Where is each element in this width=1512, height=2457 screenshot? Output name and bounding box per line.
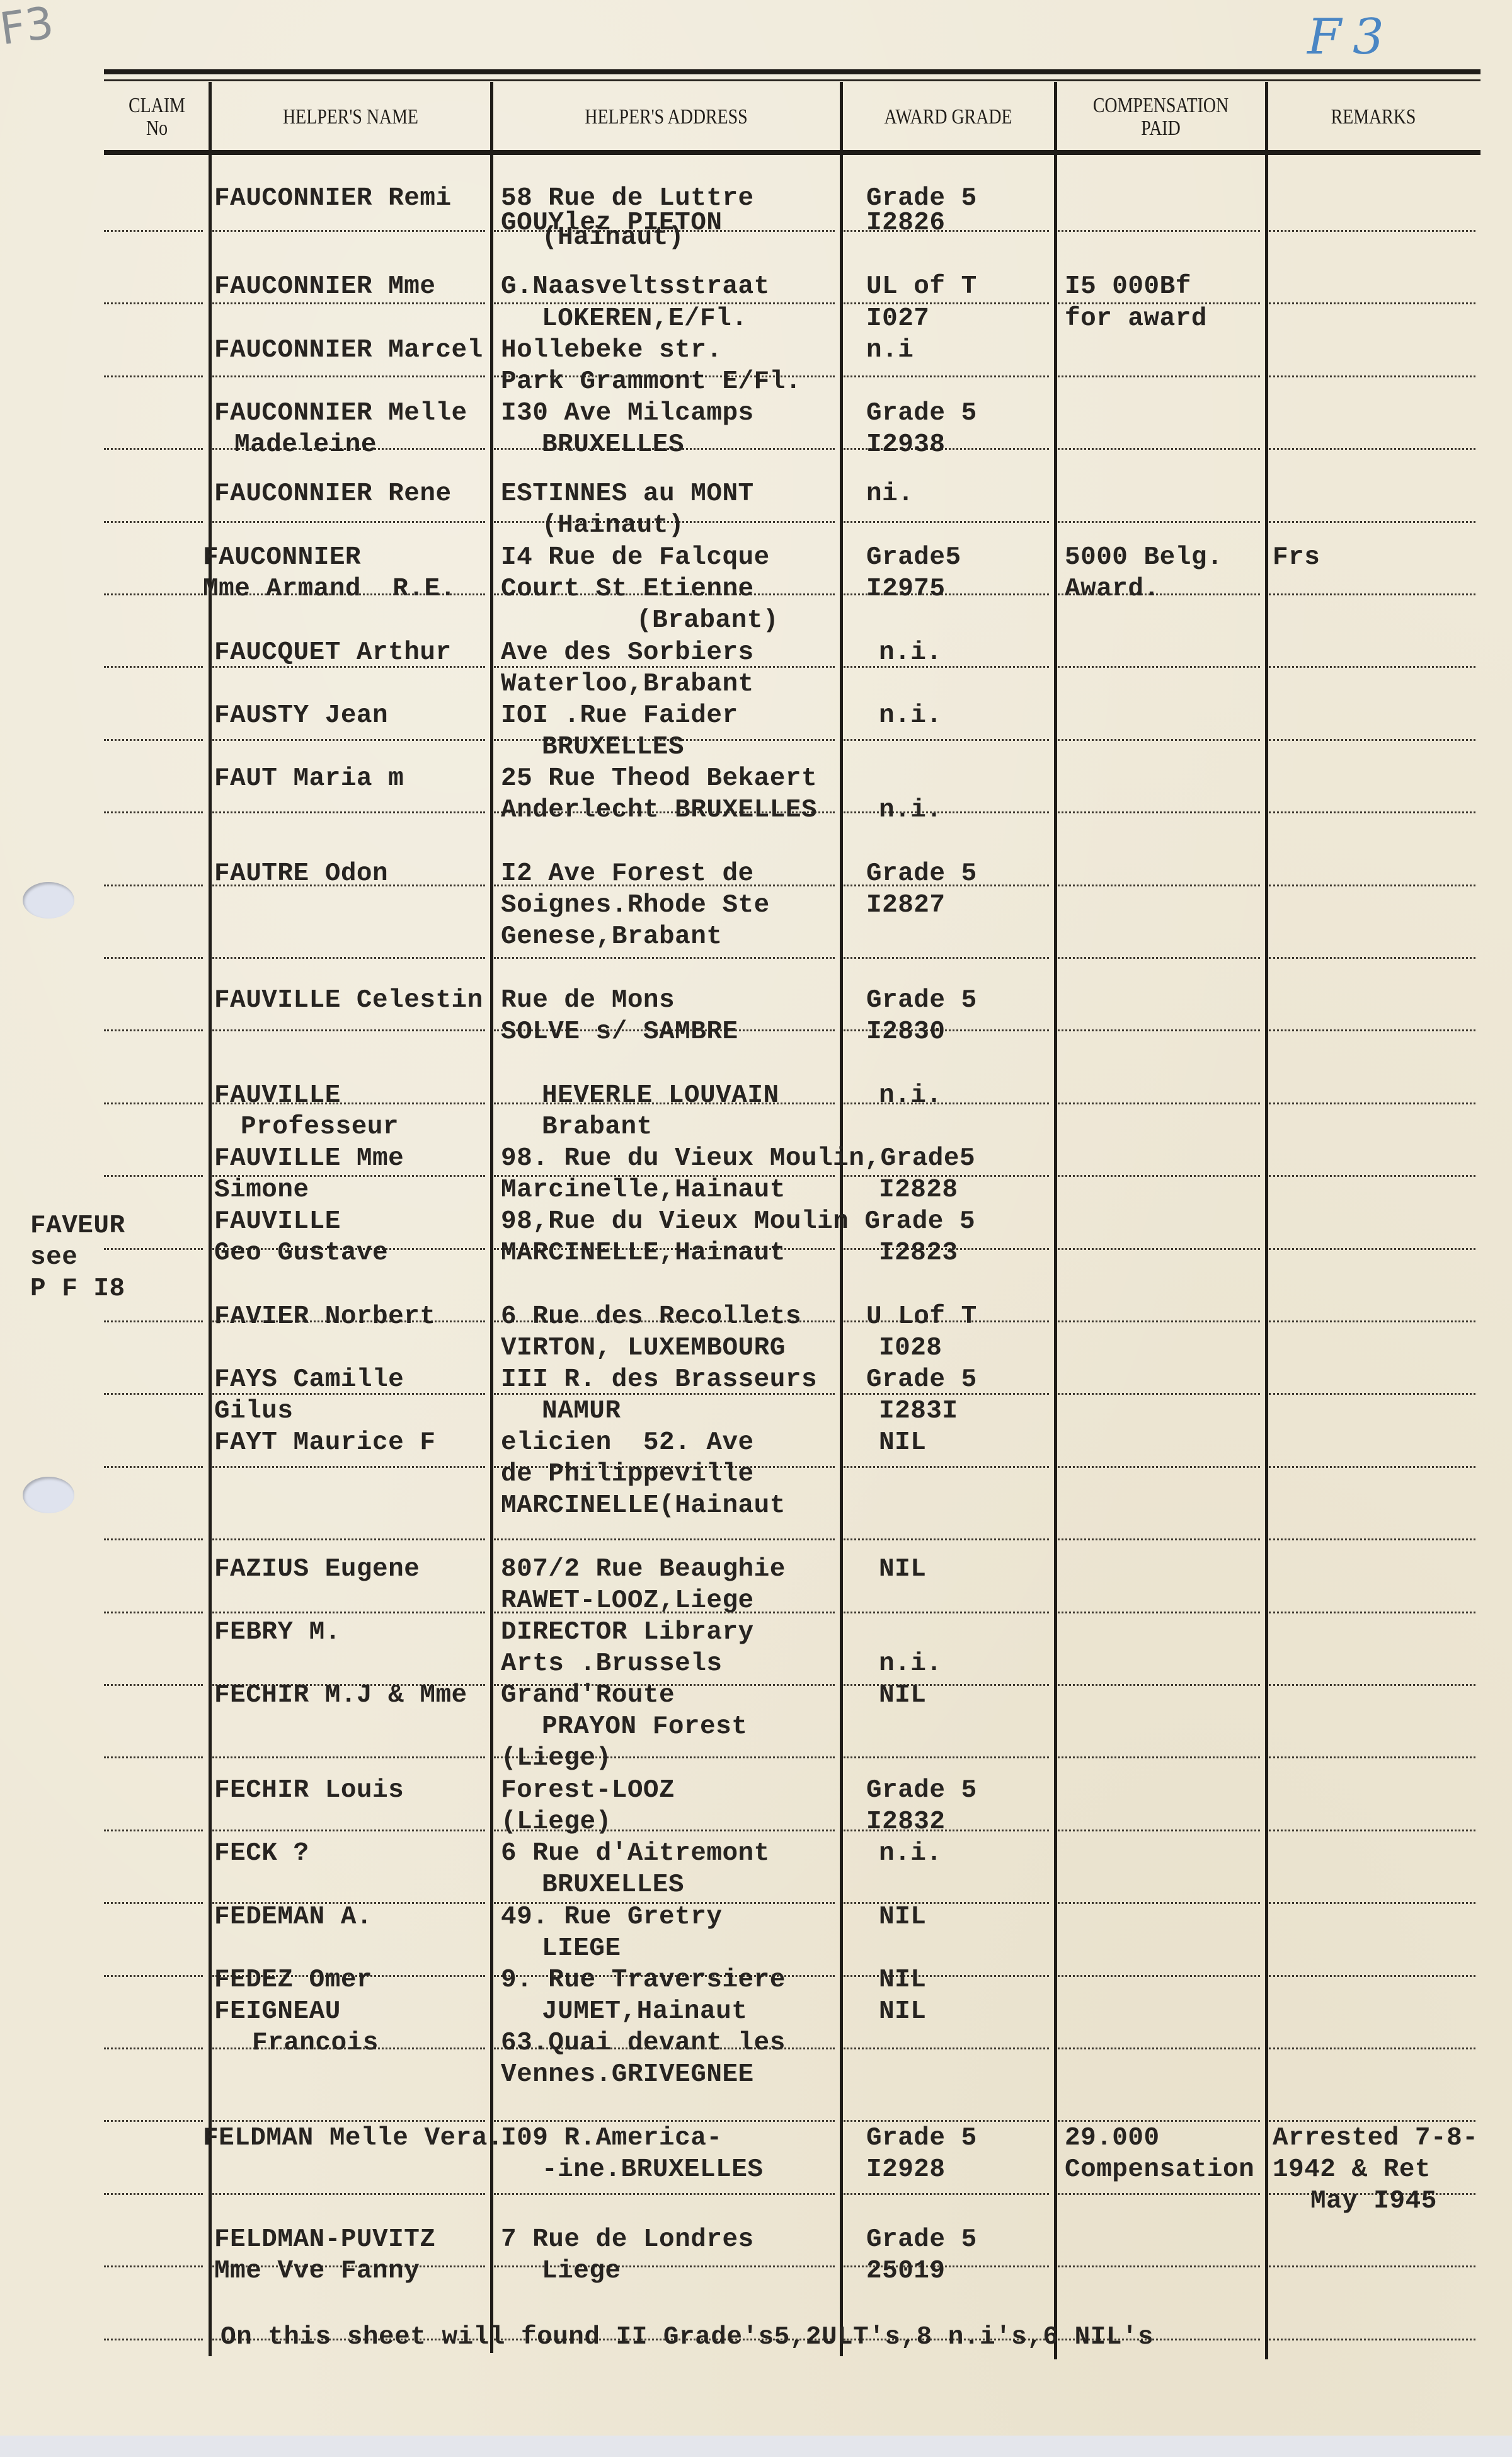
dotted-row-rule bbox=[1269, 666, 1475, 668]
dotted-row-rule bbox=[1269, 1830, 1475, 1831]
dotted-row-rule bbox=[1269, 1248, 1475, 1250]
dotted-row-rule bbox=[104, 593, 203, 595]
dotted-row-rule bbox=[1269, 1466, 1475, 1468]
cell-award: Grade 5 bbox=[866, 2226, 977, 2254]
dotted-row-rule bbox=[1058, 1902, 1260, 1904]
cell-award: n.i. bbox=[879, 702, 942, 730]
cell-address: 9. Rue Traversiere bbox=[501, 1966, 786, 1994]
cell-address: DIRECTOR Library bbox=[501, 1618, 754, 1646]
cell-name: FAZIUS Eugene bbox=[214, 1555, 420, 1583]
cell-award: I2827 bbox=[866, 891, 946, 919]
dotted-row-rule bbox=[104, 448, 203, 450]
dotted-row-rule bbox=[1058, 1466, 1260, 1468]
cell-address: Soignes.Rhode Ste bbox=[501, 891, 770, 919]
cell-award: n.i. bbox=[879, 1650, 942, 1678]
cell-address: ESTINNES au MONT bbox=[501, 480, 754, 508]
dotted-row-rule bbox=[104, 2193, 203, 2195]
cell-remarks: Frs bbox=[1273, 544, 1320, 571]
cell-address: de Philippeville bbox=[501, 1460, 754, 1488]
column-divider bbox=[1265, 82, 1268, 2359]
cell-award: NIL bbox=[879, 1681, 926, 1709]
dotted-row-rule bbox=[104, 1102, 203, 1104]
cell-comp: I5 000Bf bbox=[1065, 273, 1191, 301]
dotted-row-rule bbox=[1269, 1175, 1475, 1177]
cell-address: G.Naasveltsstraat bbox=[501, 273, 770, 301]
dotted-row-rule bbox=[104, 1756, 203, 1758]
dotted-row-rule bbox=[1269, 375, 1475, 377]
dotted-row-rule bbox=[104, 1684, 203, 1686]
cell-award: Grade 5 bbox=[866, 987, 977, 1014]
dotted-row-rule bbox=[1058, 1175, 1260, 1177]
cell-name: Madeleine bbox=[234, 431, 377, 459]
cell-address: Marcinelle,Hainaut bbox=[501, 1176, 786, 1204]
dotted-row-rule bbox=[1058, 811, 1260, 813]
dotted-row-rule bbox=[104, 1902, 203, 1904]
cell-comp: Compensation bbox=[1065, 2156, 1254, 2184]
cell-award: I2823 bbox=[879, 1239, 958, 1267]
cell-comp: 5000 Belg. bbox=[1065, 544, 1223, 571]
cell-name: Professeur bbox=[241, 1113, 399, 1141]
cell-address: Brabant bbox=[542, 1113, 653, 1141]
cell-award: I2828 bbox=[879, 1176, 958, 1204]
cell-address: 49. Rue Gretry bbox=[501, 1903, 722, 1931]
cell-address: SOLVE s/ SAMBRE bbox=[501, 1018, 738, 1046]
dotted-row-rule bbox=[844, 375, 1049, 377]
cell-address: Waterloo,Brabant bbox=[501, 670, 754, 698]
cell-name: FEBRY M. bbox=[214, 1618, 341, 1646]
dotted-row-rule bbox=[844, 521, 1049, 523]
cell-address: MARCINELLE,Hainaut bbox=[501, 1239, 786, 1267]
cell-address: Hollebeke str. bbox=[501, 336, 722, 364]
dotted-row-rule bbox=[1269, 1029, 1475, 1031]
cell-address: RAWET-LOOZ,Liege bbox=[501, 1587, 754, 1615]
cell-address: VIRTON, LUXEMBOURG bbox=[501, 1334, 786, 1362]
cell-name: FAUVILLE bbox=[214, 1208, 341, 1235]
top-thin-rule bbox=[104, 79, 1480, 81]
dotted-row-rule bbox=[212, 1466, 485, 1468]
cell-address: I4 Rue de Falcque bbox=[501, 544, 770, 571]
dotted-row-rule bbox=[494, 2193, 835, 2195]
pencil-corner-mark: F3 bbox=[0, 0, 57, 55]
summary-line: On this sheet will found II Grade's5,2UL… bbox=[220, 2323, 1154, 2351]
cell-award: I028 bbox=[879, 1334, 942, 1362]
cell-address: (Liege) bbox=[501, 1744, 612, 1772]
dotted-row-rule bbox=[104, 1320, 203, 1322]
dotted-row-rule bbox=[1058, 1538, 1260, 1540]
dotted-row-rule bbox=[212, 739, 485, 741]
dotted-row-rule bbox=[104, 666, 203, 668]
dotted-row-rule bbox=[1058, 1393, 1260, 1395]
cell-address: BRUXELLES bbox=[542, 733, 684, 761]
cell-award: I2832 bbox=[866, 1808, 946, 1836]
dotted-row-rule bbox=[104, 1538, 203, 1540]
dotted-row-rule bbox=[494, 1538, 835, 1540]
cell-name: FAUCQUET Arthur bbox=[214, 639, 452, 667]
dotted-row-rule bbox=[844, 1756, 1049, 1758]
dotted-row-rule bbox=[104, 2339, 203, 2340]
cell-name: FECK ? bbox=[214, 1840, 309, 1867]
dotted-row-rule bbox=[844, 2120, 1049, 2122]
cell-address: 63.Quai devant les bbox=[501, 2029, 786, 2057]
dotted-row-rule bbox=[1058, 230, 1260, 232]
dotted-row-rule bbox=[844, 739, 1049, 741]
cell-address: Liege bbox=[542, 2257, 621, 2285]
cell-address: Grand'Route bbox=[501, 1681, 675, 1709]
cell-award: I2826 bbox=[866, 209, 946, 237]
cell-address: Park Grammont E/Fl. bbox=[501, 368, 801, 396]
cell-name: Simone bbox=[214, 1176, 309, 1204]
column-divider bbox=[209, 82, 212, 2356]
dotted-row-rule bbox=[1058, 957, 1260, 959]
cell-award: I283I bbox=[879, 1397, 958, 1425]
dotted-row-rule bbox=[104, 2047, 203, 2049]
dotted-row-rule bbox=[104, 957, 203, 959]
dotted-row-rule bbox=[212, 521, 485, 523]
dotted-row-rule bbox=[1058, 1756, 1260, 1758]
cell-name: FAUTRE Odon bbox=[214, 860, 388, 888]
dotted-row-rule bbox=[844, 1975, 1049, 1977]
dotted-row-rule bbox=[212, 230, 485, 232]
cell-address: I30 Ave Milcamps bbox=[501, 399, 754, 427]
dotted-row-rule bbox=[104, 230, 203, 232]
dotted-row-rule bbox=[1269, 593, 1475, 595]
cell-award: NIL bbox=[879, 1966, 926, 1994]
cell-address: Anderlecht BRUXELLES bbox=[501, 796, 817, 824]
cell-remarks: Arrested 7-8- bbox=[1273, 2124, 1478, 2152]
dotted-row-rule bbox=[844, 1612, 1049, 1613]
cell-address: JUMET,Hainaut bbox=[542, 1998, 747, 2025]
cell-address: LIEGE bbox=[542, 1935, 621, 1962]
cell-name: FAUCONNIER Melle bbox=[214, 399, 467, 427]
cell-comp: 29.000 bbox=[1065, 2124, 1160, 2152]
dotted-row-rule bbox=[1269, 2339, 1475, 2340]
dotted-row-rule bbox=[212, 2193, 485, 2195]
dotted-row-rule bbox=[1058, 448, 1260, 450]
cell-address: -ine.BRUXELLES bbox=[542, 2156, 763, 2184]
cell-award: n.i. bbox=[879, 1840, 942, 1867]
dotted-row-rule bbox=[104, 1466, 203, 1468]
cell-address: NAMUR bbox=[542, 1397, 621, 1425]
dotted-row-rule bbox=[212, 1538, 485, 1540]
cell-address: I09 R.America- bbox=[501, 2124, 722, 2152]
dotted-row-rule bbox=[1269, 448, 1475, 450]
cell-name: FAUCONNIER Rene bbox=[214, 480, 452, 508]
cell-name: FAUT Maria m bbox=[214, 765, 404, 793]
cell-address: Arts .Brussels bbox=[501, 1650, 722, 1678]
cell-name: FAVIER Norbert bbox=[214, 1303, 435, 1331]
cell-award: NIL bbox=[879, 1998, 926, 2025]
header-compensation-paid: COMPENSATIONPAID bbox=[1074, 94, 1247, 140]
column-divider bbox=[490, 82, 493, 2353]
cell-comp: for award bbox=[1065, 305, 1207, 333]
dotted-row-rule bbox=[1269, 2265, 1475, 2267]
handwritten-file-reference: F3 bbox=[1307, 9, 1395, 66]
dotted-row-rule bbox=[1269, 1756, 1475, 1758]
dotted-row-rule bbox=[1058, 2120, 1260, 2122]
dotted-row-rule bbox=[1269, 1393, 1475, 1395]
cell-name: FAUVILLE bbox=[214, 1082, 341, 1109]
header-bottom-rule bbox=[104, 150, 1480, 155]
cell-award: Grade 5 bbox=[866, 1777, 977, 1804]
dotted-row-rule bbox=[1269, 739, 1475, 741]
cell-address: I2 Ave Forest de bbox=[501, 860, 754, 888]
cell-award: NIL bbox=[879, 1903, 926, 1931]
dotted-row-rule bbox=[1058, 666, 1260, 668]
cell-award: I2928 bbox=[866, 2156, 946, 2184]
header-remarks: REMARKS bbox=[1286, 106, 1462, 129]
cell-name: FEIGNEAU bbox=[214, 1998, 341, 2025]
dotted-row-rule bbox=[1058, 1248, 1260, 1250]
cell-name: FAUCONNIER Remi bbox=[214, 185, 452, 212]
claim-note-line: FAVEUR bbox=[30, 1212, 125, 1240]
dotted-row-rule bbox=[844, 1684, 1049, 1686]
dotted-row-rule bbox=[1058, 2265, 1260, 2267]
cell-address: Forest-LOOZ bbox=[501, 1777, 675, 1804]
dotted-row-rule bbox=[104, 1029, 203, 1031]
cell-award: ni. bbox=[866, 480, 913, 508]
header-claim-no: CLAIMNo bbox=[113, 94, 200, 140]
dotted-row-rule bbox=[1058, 2047, 1260, 2049]
cell-name: FAUCONNIER bbox=[203, 544, 361, 571]
dotted-row-rule bbox=[1058, 375, 1260, 377]
cell-award: n.i bbox=[866, 336, 913, 364]
dotted-row-rule bbox=[212, 1830, 485, 1831]
dotted-row-rule bbox=[104, 1393, 203, 1395]
cell-award: NIL bbox=[879, 1429, 926, 1457]
dotted-row-rule bbox=[1269, 1320, 1475, 1322]
cell-address: LOKEREN,E/Fl. bbox=[542, 305, 747, 333]
cell-name: FAUCONNIER Mme bbox=[214, 273, 435, 301]
cell-name: FEDEZ Omer bbox=[214, 1966, 372, 1994]
column-divider bbox=[1054, 82, 1057, 2359]
cell-address: 98. Rue du Vieux Moulin,Grade5 bbox=[501, 1145, 975, 1172]
cell-award: NIL bbox=[879, 1555, 926, 1583]
dotted-row-rule bbox=[1269, 1902, 1475, 1904]
cell-address: 98,Rue du Vieux Moulin Grade 5 bbox=[501, 1208, 975, 1235]
dotted-row-rule bbox=[104, 1975, 203, 1977]
top-thick-rule bbox=[104, 69, 1480, 74]
cell-award: I2938 bbox=[866, 431, 946, 459]
cell-address: Vennes.GRIVEGNEE bbox=[501, 2061, 754, 2088]
punch-hole-icon bbox=[23, 882, 74, 919]
cell-address: 7 Rue de Londres bbox=[501, 2226, 754, 2254]
header-helper-address: HELPER'S ADDRESS bbox=[523, 106, 810, 129]
cell-name: Mme Vve Fanny bbox=[214, 2257, 420, 2285]
dotted-row-rule bbox=[104, 739, 203, 741]
dotted-row-rule bbox=[844, 2047, 1049, 2049]
dotted-row-rule bbox=[844, 1102, 1049, 1104]
dotted-row-rule bbox=[1058, 1102, 1260, 1104]
dotted-row-rule bbox=[1269, 1975, 1475, 1977]
cell-name: FECHIR M.J & Mme bbox=[214, 1681, 467, 1709]
punch-hole-icon bbox=[23, 1477, 74, 1513]
cell-address: Genese,Brabant bbox=[501, 923, 722, 951]
dotted-row-rule bbox=[212, 1029, 485, 1031]
dotted-row-rule bbox=[212, 957, 485, 959]
cell-address: elicien 52. Ave bbox=[501, 1429, 754, 1457]
dotted-row-rule bbox=[1269, 957, 1475, 959]
cell-award: 25019 bbox=[866, 2257, 946, 2285]
dotted-row-rule bbox=[104, 375, 203, 377]
dotted-row-rule bbox=[1269, 302, 1475, 304]
cell-award: I027 bbox=[866, 305, 929, 333]
cell-address: HEVERLE LOUVAIN bbox=[542, 1082, 779, 1109]
dotted-row-rule bbox=[1269, 1102, 1475, 1104]
cell-name: FAYT Maurice F bbox=[214, 1429, 435, 1457]
cell-address: 6 Rue des Recollets bbox=[501, 1303, 801, 1331]
dotted-row-rule bbox=[104, 1830, 203, 1831]
dotted-row-rule bbox=[1058, 2193, 1260, 2195]
document-page: F3 F3 CLAIMNo HELPER'S NAME HELPER'S ADD… bbox=[0, 0, 1512, 2436]
dotted-row-rule bbox=[1058, 1830, 1260, 1831]
dotted-row-rule bbox=[1269, 230, 1475, 232]
dotted-row-rule bbox=[1269, 2047, 1475, 2049]
cell-address: (Hainaut) bbox=[542, 512, 684, 539]
dotted-row-rule bbox=[844, 957, 1049, 959]
cell-award: n.i. bbox=[879, 796, 942, 824]
dotted-row-rule bbox=[1058, 885, 1260, 886]
cell-award: Grade 5 bbox=[866, 2124, 977, 2152]
dotted-row-rule bbox=[844, 811, 1049, 813]
dotted-row-rule bbox=[1058, 1612, 1260, 1613]
header-helper-name: HELPER'S NAME bbox=[235, 106, 466, 129]
dotted-row-rule bbox=[212, 2120, 485, 2122]
cell-name: FELDMAN Melle Vera. bbox=[203, 2124, 503, 2152]
dotted-row-rule bbox=[104, 521, 203, 523]
cell-remarks: May I945 bbox=[1310, 2187, 1437, 2215]
cell-address: (Liege) bbox=[501, 1808, 612, 1836]
dotted-row-rule bbox=[1269, 1538, 1475, 1540]
cell-address: (Brabant) bbox=[636, 607, 779, 634]
dotted-row-rule bbox=[1058, 739, 1260, 741]
cell-name: Mme Armand R.E. bbox=[203, 575, 456, 603]
dotted-row-rule bbox=[1269, 1684, 1475, 1686]
cell-comp: Award. bbox=[1065, 575, 1160, 603]
cell-name: FAUVILLE Mme bbox=[214, 1145, 404, 1172]
dotted-row-rule bbox=[1269, 521, 1475, 523]
dotted-row-rule bbox=[844, 1466, 1049, 1468]
cell-name: Francois bbox=[252, 2029, 379, 2057]
cell-address: (Hainaut) bbox=[542, 224, 684, 251]
dotted-row-rule bbox=[844, 1538, 1049, 1540]
cell-address: 6 Rue d'Aitremont bbox=[501, 1840, 770, 1867]
cell-award: U Lof T bbox=[866, 1303, 977, 1331]
dotted-row-rule bbox=[104, 1612, 203, 1613]
cell-award: Grade 5 bbox=[866, 860, 977, 888]
dotted-row-rule bbox=[1058, 1320, 1260, 1322]
dotted-row-rule bbox=[212, 375, 485, 377]
dotted-row-rule bbox=[212, 1612, 485, 1613]
cell-award: I2830 bbox=[866, 1018, 946, 1046]
cell-name: FAUCONNIER Marcel bbox=[214, 336, 483, 364]
dotted-row-rule bbox=[844, 2193, 1049, 2195]
dotted-row-rule bbox=[1058, 1029, 1260, 1031]
dotted-row-rule bbox=[1058, 1975, 1260, 1977]
cell-address: 807/2 Rue Beaughie bbox=[501, 1555, 786, 1583]
cell-award: Grade 5 bbox=[866, 1366, 977, 1394]
dotted-row-rule bbox=[844, 1902, 1049, 1904]
cell-address: III R. des Brasseurs bbox=[501, 1366, 817, 1394]
cell-name: FAUVILLE Celestin bbox=[214, 987, 483, 1014]
cell-address: 25 Rue Theod Bekaert bbox=[501, 765, 817, 793]
dotted-row-rule bbox=[212, 1756, 485, 1758]
dotted-row-rule bbox=[104, 2120, 203, 2122]
dotted-row-rule bbox=[104, 1175, 203, 1177]
dotted-row-rule bbox=[1269, 1612, 1475, 1613]
cell-award: n.i. bbox=[879, 1082, 942, 1109]
cell-award: I2975 bbox=[866, 575, 946, 603]
dotted-row-rule bbox=[1058, 521, 1260, 523]
cell-address: IOI .Rue Faider bbox=[501, 702, 738, 730]
dotted-row-rule bbox=[104, 1248, 203, 1250]
dotted-row-rule bbox=[212, 811, 485, 813]
cell-name: Gilus bbox=[214, 1397, 294, 1425]
cell-address: Rue de Mons bbox=[501, 987, 675, 1014]
dotted-row-rule bbox=[1269, 811, 1475, 813]
cell-name: FELDMAN-PUVITZ bbox=[214, 2226, 435, 2254]
dotted-row-rule bbox=[104, 2265, 203, 2267]
cell-name: Geo Gustave bbox=[214, 1239, 388, 1267]
cell-name: FAYS Camille bbox=[214, 1366, 404, 1394]
claim-note-line: P F I8 bbox=[30, 1275, 125, 1303]
dotted-row-rule bbox=[494, 957, 835, 959]
cell-name: FEDEMAN A. bbox=[214, 1903, 372, 1931]
cell-name: FECHIR Louis bbox=[214, 1777, 404, 1804]
cell-address: Ave des Sorbiers bbox=[501, 639, 754, 667]
dotted-row-rule bbox=[1269, 885, 1475, 886]
dotted-row-rule bbox=[104, 885, 203, 886]
dotted-row-rule bbox=[104, 811, 203, 813]
dotted-row-rule bbox=[1269, 2120, 1475, 2122]
cell-award: n.i. bbox=[879, 639, 942, 667]
cell-name: FAUSTY Jean bbox=[214, 702, 388, 730]
cell-award: UL of T bbox=[866, 273, 977, 301]
dotted-row-rule bbox=[104, 302, 203, 304]
dotted-row-rule bbox=[494, 2120, 835, 2122]
cell-award: Grade5 bbox=[866, 544, 961, 571]
cell-address: PRAYON Forest bbox=[542, 1713, 747, 1741]
cell-address: MARCINELLE(Hainaut bbox=[501, 1492, 786, 1520]
cell-award: Grade 5 bbox=[866, 399, 977, 427]
claim-note-line: see bbox=[30, 1244, 77, 1271]
header-award-grade: AWARD GRADE bbox=[861, 106, 1036, 129]
dotted-row-rule bbox=[212, 302, 485, 304]
dotted-row-rule bbox=[844, 666, 1049, 668]
cell-address: BRUXELLES bbox=[542, 1871, 684, 1899]
cell-address: Court St Etienne bbox=[501, 575, 754, 603]
cell-remarks: 1942 & Ret bbox=[1273, 2156, 1431, 2184]
dotted-row-rule bbox=[1058, 1684, 1260, 1686]
cell-address: BRUXELLES bbox=[542, 431, 684, 459]
